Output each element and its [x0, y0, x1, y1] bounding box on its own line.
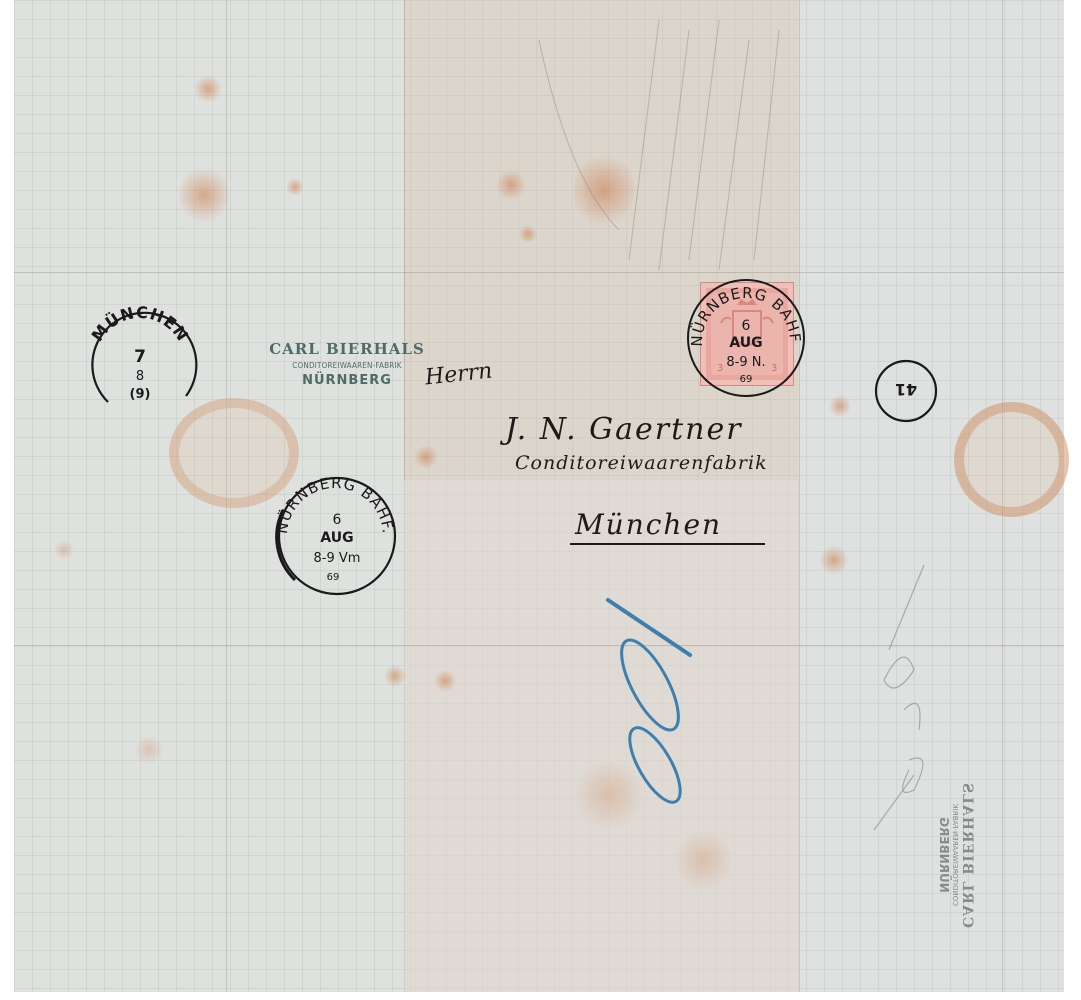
foxing-stain: [674, 830, 734, 890]
svg-text:6: 6: [333, 512, 342, 528]
foxing-stain: [496, 170, 526, 200]
svg-text:7: 7: [134, 347, 146, 367]
foxing-stain: [384, 665, 406, 687]
foxing-stain: [134, 735, 164, 765]
foxing-stain: [434, 670, 456, 692]
svg-text:AUG: AUG: [320, 530, 353, 546]
firm-name: CARL BIERHALS: [262, 340, 432, 358]
foxing-stain: [414, 445, 438, 469]
svg-text:8-9 Vm: 8-9 Vm: [314, 551, 361, 566]
foxing-stain: [194, 75, 222, 103]
svg-text:8-9 N.: 8-9 N.: [726, 355, 765, 370]
address-city: München: [575, 508, 722, 541]
foxing-stain: [819, 545, 849, 575]
postmark-nurnberg-second: NÜRNBERG BAHF. 6 AUG 8-9 Vm 69: [265, 470, 405, 600]
postmark-nurnberg-on-stamp: NÜRNBERG BAHF. 6 AUG 8-9 N. 69: [680, 272, 810, 402]
mirror-city: NÜRNBERG: [937, 780, 951, 930]
firm-city: NÜRNBERG: [262, 373, 432, 388]
sender-firm-stamp: CARL BIERHALS CONDITOREIWAAREN-FABRIK NÜ…: [262, 340, 432, 388]
svg-text:41: 41: [895, 380, 917, 399]
blue-crayon-marking: [600, 595, 710, 815]
foxing-stain: [829, 395, 851, 417]
svg-text:AUG: AUG: [729, 335, 762, 351]
address-recipient: J. N. Gaertner: [505, 412, 743, 447]
foxing-stain: [179, 165, 229, 225]
svg-text:6: 6: [742, 318, 751, 334]
svg-text:(9): (9): [130, 387, 151, 402]
mirror-firm-name: CARL BIERHALS: [959, 780, 975, 930]
postmark-small-circle: 41: [872, 358, 940, 424]
svg-text:MÜNCHEN: MÜNCHEN: [88, 303, 193, 345]
foxing-stain: [54, 540, 74, 560]
postmark-munchen-arrival: MÜNCHEN 7 8 (9): [78, 300, 203, 420]
address-business: Conditoreiwaarenfabrik: [515, 452, 768, 474]
svg-text:69: 69: [327, 572, 340, 583]
wax-seal-remnant: [954, 402, 1069, 517]
svg-text:8: 8: [136, 369, 144, 384]
svg-text:69: 69: [740, 374, 753, 385]
mirror-business: CONDITOREIWAAREN-FABRIK: [951, 780, 959, 930]
show-through-writing: [529, 0, 799, 280]
mirror-offset-stamp: CARL BIERHALS CONDITOREIWAAREN-FABRIK NÜ…: [875, 830, 1025, 880]
firm-business: CONDITOREIWAAREN-FABRIK: [262, 361, 432, 370]
foxing-stain: [286, 178, 304, 196]
address-underline: [570, 543, 765, 545]
